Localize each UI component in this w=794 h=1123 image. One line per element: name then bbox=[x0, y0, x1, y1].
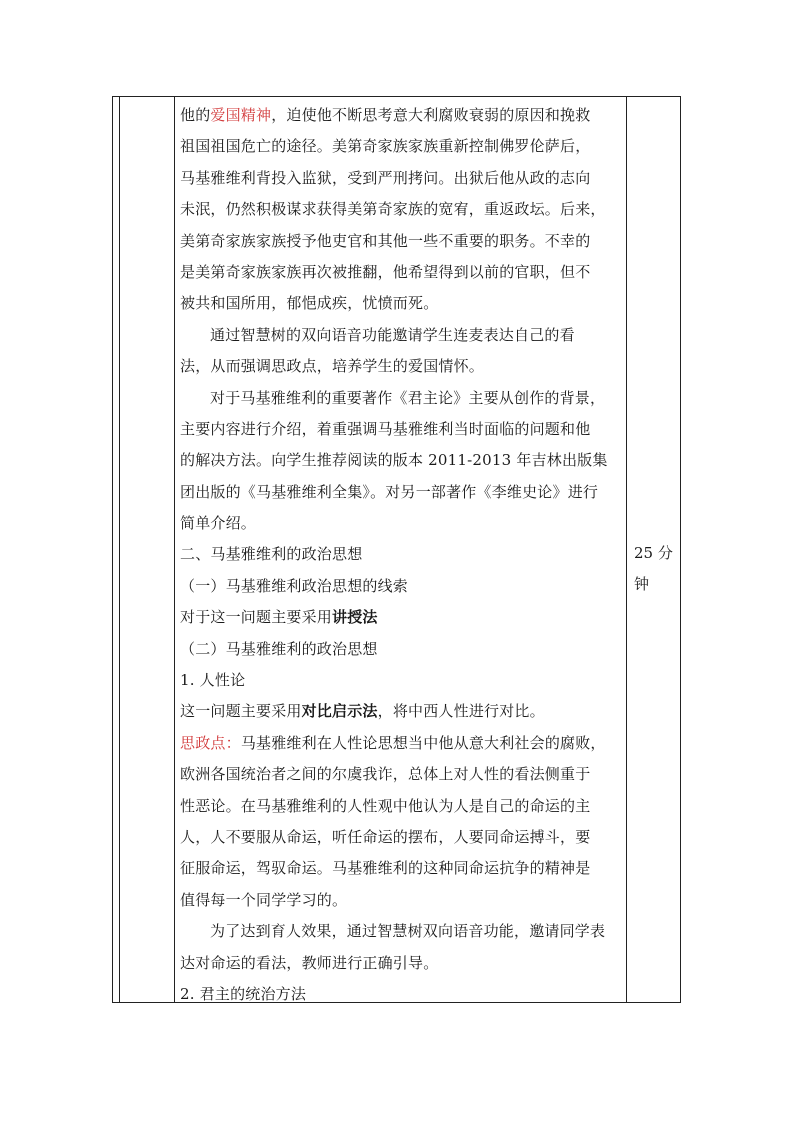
paragraph-line: 未泯，仍然积极谋求获得美第奇家族的宽宥，重返政坛。后来， bbox=[180, 194, 626, 225]
paragraph-line: 马基雅维利背投入监狱，受到严刑拷问。出狱后他从政的志向 bbox=[180, 163, 626, 194]
paragraph-line: 是美第奇家族家族再次被推翻，他希望得到以前的官职，但不 bbox=[180, 257, 626, 288]
paragraph-line: 简单介绍。 bbox=[180, 508, 626, 539]
text: 对于这一问题主要采用 bbox=[180, 608, 332, 626]
topic-heading: 1. 人性论 bbox=[180, 665, 626, 696]
text: 这一问题主要采用 bbox=[180, 702, 302, 720]
paragraph-line: 通过智慧树的双向语音功能邀请学生连麦表达自己的看 bbox=[180, 320, 626, 351]
ideology-point-label: 思政点： bbox=[180, 734, 241, 752]
lesson-plan-table: 他的爱国精神，迫使他不断思考意大利腐败衰弱的原因和挽救 祖国祖国危亡的途径。美第… bbox=[112, 96, 681, 1003]
paragraph-line: 祖国祖国危亡的途径。美第奇家族家族重新控制佛罗伦萨后， bbox=[180, 131, 626, 162]
paragraph-line: 对于马基雅维利的重要著作《君主论》主要从创作的背景， bbox=[180, 383, 626, 414]
text: ，迫使他不断思考意大利腐败衰弱的原因和挽救 bbox=[271, 106, 590, 124]
paragraph-line: 的解决方法。向学生推荐阅读的版本 2011-2013 年吉林出版集 bbox=[180, 445, 626, 476]
paragraph-line: 性恶论。在马基雅维利的人性观中他认为人是自己的命运的主 bbox=[180, 791, 626, 822]
paragraph-line: 达对命运的看法，教师进行正确引导。 bbox=[180, 948, 626, 979]
paragraph-line: 他的爱国精神，迫使他不断思考意大利腐败衰弱的原因和挽救 bbox=[180, 100, 626, 131]
duration-line-1: 25 分 bbox=[634, 538, 673, 569]
paragraph-line: 欧洲各国统治者之间的尔虞我诈，总体上对人性的看法侧重于 bbox=[180, 759, 626, 790]
paragraph-line: 人，人不要服从命运，听任命运的摆布，人要同命运搏斗，要 bbox=[180, 822, 626, 853]
text: 他的 bbox=[180, 106, 210, 124]
method-line: 对于这一问题主要采用讲授法 bbox=[180, 602, 626, 633]
method-name: 讲授法 bbox=[332, 608, 378, 626]
table-border-left bbox=[112, 97, 113, 1002]
subsection-heading: （二）马基雅维利的政治思想 bbox=[180, 634, 626, 665]
paragraph-line: 主要内容进行介绍，着重强调马基雅维利当时面临的问题和他 bbox=[180, 414, 626, 445]
section-heading: 二、马基雅维利的政治思想 bbox=[180, 539, 626, 570]
method-name: 对比启示法 bbox=[302, 702, 378, 720]
content-cell: 他的爱国精神，迫使他不断思考意大利腐败衰弱的原因和挽救 祖国祖国危亡的途径。美第… bbox=[174, 97, 626, 1002]
paragraph-line: 美第奇家族家族授予他吏官和其他一些不重要的职务。不幸的 bbox=[180, 226, 626, 257]
paragraph-line: 为了达到育人效果，通过智慧树双向语音功能，邀请同学表 bbox=[180, 916, 626, 947]
paragraph-line: 团出版的《马基雅维利全集》。对另一部著作《李维史论》进行 bbox=[180, 477, 626, 508]
paragraph-line: 值得每一个同学学习的。 bbox=[180, 885, 626, 916]
method-line: 这一问题主要采用对比启示法，将中西人性进行对比。 bbox=[180, 696, 626, 727]
duration-line-2: 钟 bbox=[634, 569, 673, 600]
table-border-inner-left bbox=[119, 97, 120, 1002]
text: ，将中西人性进行对比。 bbox=[378, 702, 545, 720]
paragraph-line: 征服命运，驾驭命运。马基雅维利的这种同命运抗争的精神是 bbox=[180, 853, 626, 884]
duration-label: 25 分 钟 bbox=[634, 538, 673, 601]
subsection-heading: （一）马基雅维利政治思想的线索 bbox=[180, 571, 626, 602]
topic-heading: 2. 君主的统治方法 bbox=[180, 979, 626, 1010]
time-cell: 25 分 钟 bbox=[626, 97, 681, 1002]
paragraph-line: 法，从而强调思政点，培养学生的爱国情怀。 bbox=[180, 351, 626, 382]
highlight-patriotism: 爱国精神 bbox=[210, 106, 271, 124]
text: 马基雅维利在人性论思想当中他从意大利社会的腐败， bbox=[241, 734, 606, 752]
ideology-point-line: 思政点：马基雅维利在人性论思想当中他从意大利社会的腐败， bbox=[180, 728, 626, 759]
paragraph-line: 被共和国所用，郁悒成疾，忧愤而死。 bbox=[180, 288, 626, 319]
